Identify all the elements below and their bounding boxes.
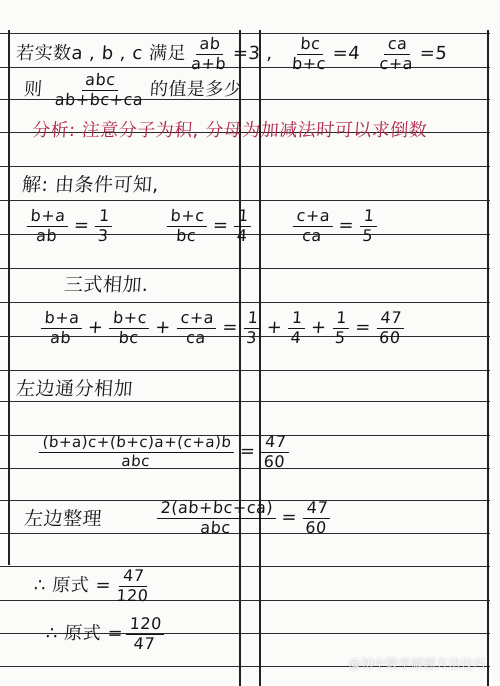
target-fraction: abc ab+bc+ca — [51, 72, 148, 109]
notebook-page: 若实数a , b , c 满足 ab a+b =3 , bc b+c =4 ca… — [0, 0, 500, 686]
ruled-line — [0, 200, 490, 201]
problem-line-2: 则 abc ab+bc+ca 的值是多少 — [23, 72, 244, 109]
problem-prefix: 若实数a , b , c 满足 — [15, 45, 186, 63]
conclusion-1: ∴ 原式 = 47120 — [33, 568, 157, 605]
ruled-line — [0, 401, 490, 402]
fraction-bc-over-b-plus-c: bc b+c — [288, 36, 330, 73]
analysis-note: 分析: 注意分子为积, 分母为加减法时可以求倒数 — [31, 122, 427, 140]
ruled-line — [0, 302, 490, 303]
step-simplify-label: 左边整理 — [23, 510, 102, 529]
reciprocal-equation-1: b+aab = 13 — [23, 206, 117, 245]
common-denominator-equation: (b+a)c+(b+c)a+(c+a)babc = 4760 — [35, 432, 293, 471]
simplify-equation: 2(ab+bc+ca)abc = 4760 — [153, 498, 335, 537]
sum-equation: b+aab + b+cbc + c+aca = 13 + 14 + 15 = 4… — [37, 308, 409, 347]
watermark: @初中数学解题方法技巧 — [348, 655, 486, 672]
left-border-line — [8, 30, 10, 565]
step-common-label: 左边通分相加 — [15, 380, 133, 399]
ruled-line — [0, 268, 490, 269]
ruled-line — [0, 370, 490, 371]
ruled-line — [0, 33, 490, 34]
fraction-ab-over-a-plus-b: ab a+b — [188, 36, 231, 73]
reciprocal-equation-2: b+cbc = 14 — [163, 206, 256, 245]
ruled-line — [0, 166, 490, 167]
step-add-label: 三式相加. — [63, 276, 149, 295]
right-border-line — [487, 30, 489, 686]
solution-intro: 解: 由条件可知, — [21, 176, 159, 195]
problem-line-1: 若实数a , b , c 满足 ab a+b =3 , bc b+c =4 ca… — [15, 36, 449, 73]
conclusion-2: ∴ 原式 = 12047 — [45, 616, 169, 653]
reciprocal-equation-3: c+aca = 15 — [289, 206, 381, 245]
fraction-ca-over-c-plus-a: ca c+a — [376, 36, 418, 73]
